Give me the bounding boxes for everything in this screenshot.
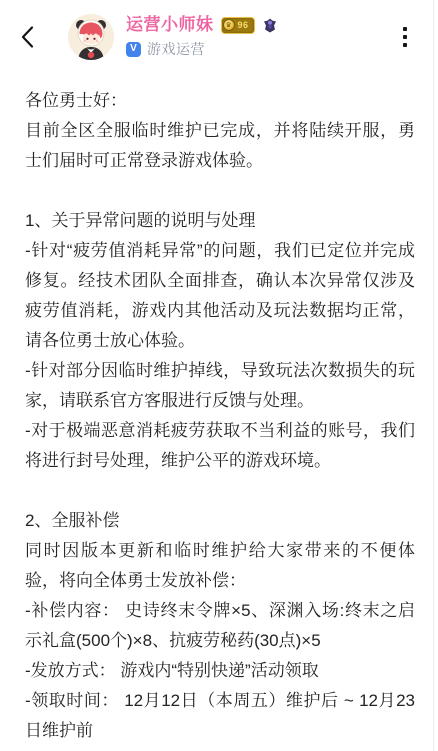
name-row: 运营小师妹 ♛ 96: [126, 15, 390, 35]
paragraph: 同时因版本更新和临时维护给大家带来的不便体验，将向全体勇士发放补偿：: [25, 536, 415, 596]
announcement-block: 2、全服补偿同时因版本更新和临时维护给大家带来的不便体验，将向全体勇士发放补偿：…: [25, 506, 415, 746]
paragraph: -针对“疲劳值消耗异常”的问题，我们已定位并完成修复。经技术团队全面排查，确认本…: [25, 236, 415, 356]
verify-row: V 游戏运营: [126, 39, 390, 59]
paragraph: -发放方式： 游戏内“特别快递”活动领取: [25, 656, 415, 686]
more-menu-button[interactable]: [396, 24, 414, 50]
avatar-panda-girl-icon: [68, 14, 114, 60]
paragraph: -补偿内容： 史诗终末令牌×5、深渊入场:终末之启示礼盒(500个)×8、抗疲劳…: [25, 596, 415, 656]
back-button[interactable]: [20, 24, 46, 50]
verified-icon: V: [126, 42, 141, 57]
verified-label: 游戏运营: [147, 39, 205, 59]
paragraph: -领取时间： 12月12日（本周五）维护后 ~ 12月23日维护前: [25, 686, 415, 746]
level-badge: ♛ 96: [221, 17, 255, 34]
paragraph: 2、全服补偿: [25, 506, 415, 536]
medal-icon: ♛: [223, 19, 235, 31]
header: 运营小师妹 ♛ 96 V 游戏运营: [0, 0, 438, 70]
paragraph: 目前全区全服临时维护已完成，并将陆续开服，勇士们届时可正常登录游戏体验。: [25, 116, 415, 176]
chevron-left-icon: [20, 25, 35, 49]
announcement-body: 各位勇士好：目前全区全服临时维护已完成，并将陆续开服，勇士们届时可正常登录游戏体…: [0, 70, 438, 746]
paragraph: -针对部分因临时维护掉线，导致玩法次数损失的玩家，请联系官方客服进行反馈与处理。: [25, 356, 415, 416]
announcement-page: 运营小师妹 ♛ 96 V 游戏运营: [0, 0, 438, 751]
user-meta: 运营小师妹 ♛ 96 V 游戏运营: [126, 15, 390, 59]
level-number: 96: [238, 21, 249, 30]
kebab-dot: [403, 43, 407, 47]
username[interactable]: 运营小师妹: [126, 15, 214, 35]
screen-edge-divider: [433, 0, 434, 751]
paragraph: 1、关于异常问题的说明与处理: [25, 206, 415, 236]
kebab-dot: [403, 27, 407, 31]
paragraph: -对于极端恶意消耗疲劳获取不当利益的账号，我们将进行封号处理，维护公平的游戏环境…: [25, 416, 415, 476]
fan-shield-badge-icon: [262, 16, 279, 34]
paragraph: 各位勇士好：: [25, 86, 415, 116]
avatar[interactable]: [68, 14, 114, 60]
announcement-block: 1、关于异常问题的说明与处理-针对“疲劳值消耗异常”的问题，我们已定位并完成修复…: [25, 206, 415, 476]
announcement-block: 各位勇士好：目前全区全服临时维护已完成，并将陆续开服，勇士们届时可正常登录游戏体…: [25, 86, 415, 176]
kebab-dot: [403, 35, 407, 39]
